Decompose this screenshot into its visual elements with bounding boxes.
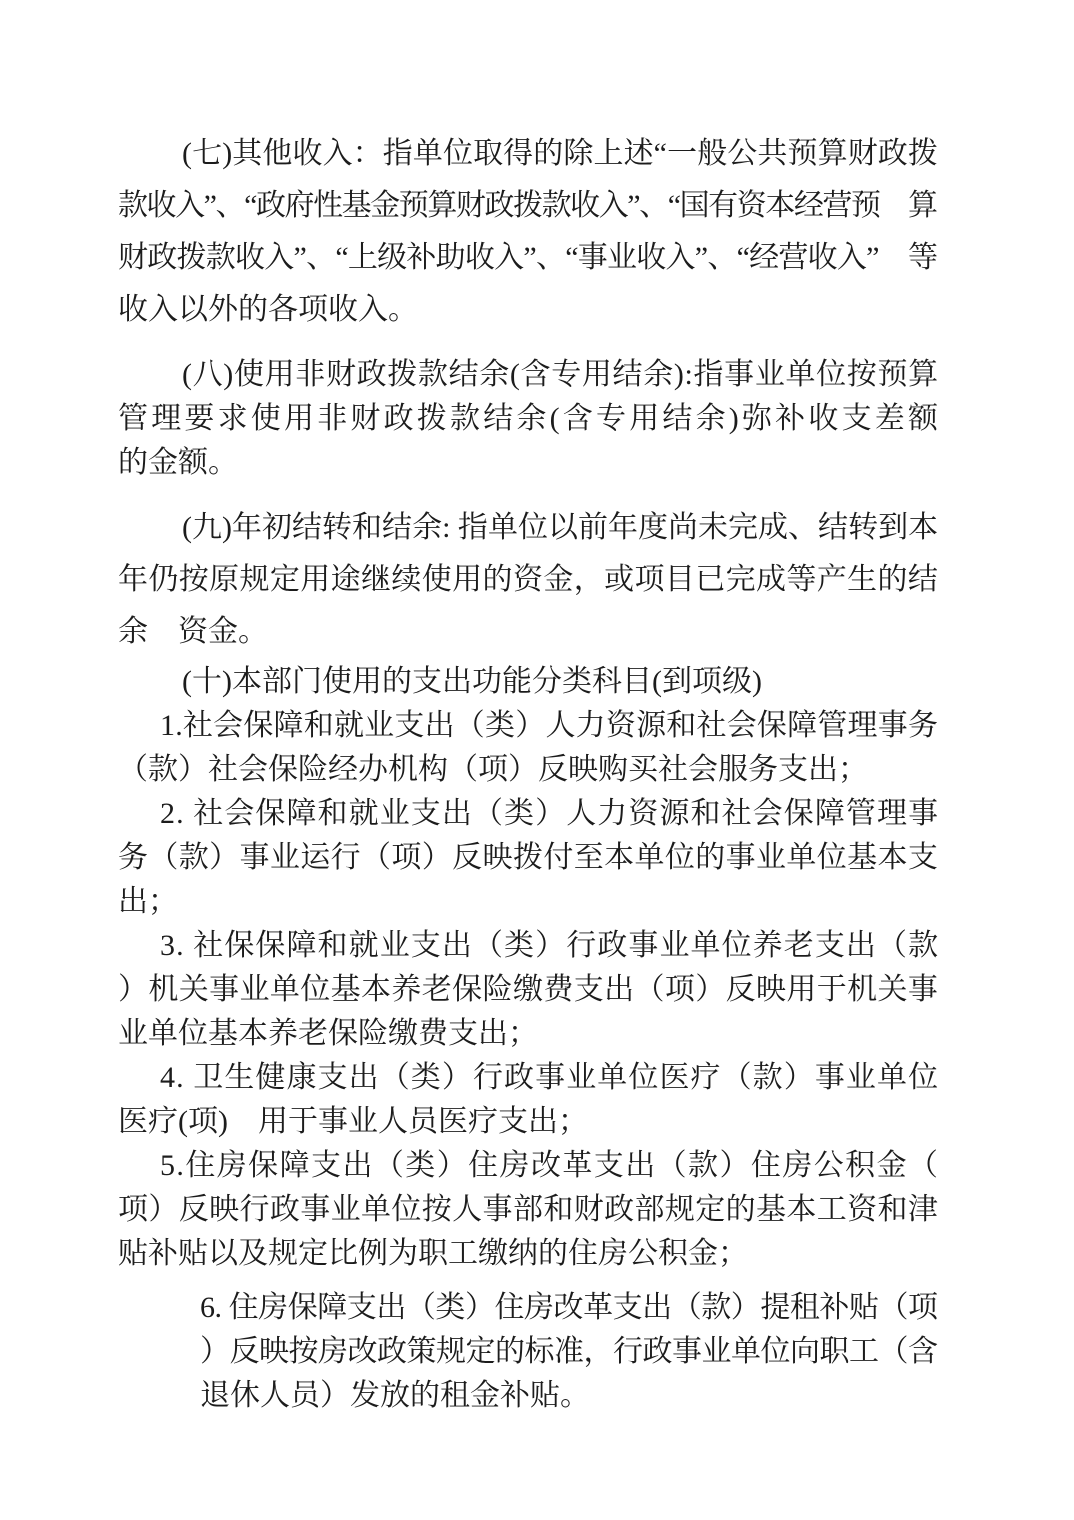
- text-line: 的金额。: [118, 441, 938, 485]
- text-line: 余 资金。: [118, 606, 938, 658]
- text-line: ）反映按房改政策规定的标准，行政事业单位向职工（含: [200, 1330, 938, 1374]
- text-line: 5.住房保障支出（类）住房改革支出（款）住房公积金（: [118, 1144, 938, 1188]
- item-3-pension-contribution: 3. 社保保障和就业支出（类）行政事业单位养老支出（款）机关事业单位基本养老保险…: [118, 924, 938, 1056]
- document-body: (七)其他收入：指单位取得的除上述“一般公共预算财政拨款收入”、“政府性基金预算…: [118, 128, 938, 1418]
- text-line: 管理要求使用非财政拨款结余(含专用结余)弥补收支差额: [118, 397, 938, 441]
- item-2-social-security-and-employment: 2. 社会保障和就业支出（类）人力资源和社会保障管理事务（款）事业运行（项）反映…: [118, 792, 938, 924]
- text-line: 务（款）事业运行（项）反映拨付至本单位的事业单位基本支: [118, 836, 938, 880]
- text-line: 2. 社会保障和就业支出（类）人力资源和社会保障管理事: [118, 792, 938, 836]
- text-line: ）机关事业单位基本养老保险缴费支出（项）反映用于机关事: [118, 968, 938, 1012]
- para-7-other-income: (七)其他收入：指单位取得的除上述“一般公共预算财政拨款收入”、“政府性基金预算…: [118, 128, 938, 336]
- document-page: (七)其他收入：指单位取得的除上述“一般公共预算财政拨款收入”、“政府性基金预算…: [0, 0, 1074, 1520]
- item-5-housing-provident-fund: 5.住房保障支出（类）住房改革支出（款）住房公积金（项）反映行政事业单位按人事部…: [118, 1144, 938, 1276]
- text-line: (九)年初结转和结余: 指单位以前年度尚未完成、结转到本: [118, 502, 938, 554]
- item-4-health: 4. 卫生健康支出（类）行政事业单位医疗（款）事业单位医疗(项) 用于事业人员医…: [118, 1056, 938, 1144]
- text-line: (十)本部门使用的支出功能分类科目(到项级): [118, 660, 938, 704]
- text-line: 年仍按原规定用途继续使用的资金，或项目已完成等产生的结: [118, 554, 938, 606]
- text-line: (七)其他收入：指单位取得的除上述“一般公共预算财政拨: [118, 128, 938, 180]
- text-line: 出；: [118, 880, 938, 924]
- item-6-rent-subsidy: 6. 住房保障支出（类）住房改革支出（款）提租补贴（项）反映按房改政策规定的标准…: [200, 1286, 938, 1418]
- text-line: （款）社会保险经办机构（项）反映购买社会服务支出；: [118, 748, 938, 792]
- text-line: 1.社会保障和就业支出（类）人力资源和社会保障管理事务: [118, 704, 938, 748]
- text-line: 财政拨款收入”、“上级补助收入”、“事业收入”、“经营收入” 等: [118, 232, 938, 284]
- text-line: 项）反映行政事业单位按人事部和财政部规定的基本工资和津: [118, 1188, 938, 1232]
- text-line: 6. 住房保障支出（类）住房改革支出（款）提租补贴（项: [200, 1286, 938, 1330]
- text-line: 业单位基本养老保险缴费支出；: [118, 1012, 938, 1056]
- text-line: 收入以外的各项收入。: [118, 284, 938, 336]
- text-line: (八)使用非财政拨款结余(含专用结余):指事业单位按预算: [118, 353, 938, 397]
- text-line: 款收入”、“政府性基金预算财政拨款收入”、“国有资本经营预 算: [118, 180, 938, 232]
- para-9-beginning-year-carryover: (九)年初结转和结余: 指单位以前年度尚未完成、结转到本年仍按原规定用途继续使用…: [118, 502, 938, 658]
- text-line: 4. 卫生健康支出（类）行政事业单位医疗（款）事业单位: [118, 1056, 938, 1100]
- text-line: 贴补贴以及规定比例为职工缴纳的住房公积金；: [118, 1232, 938, 1276]
- item-1-social-security-and-employment: 1.社会保障和就业支出（类）人力资源和社会保障管理事务（款）社会保险经办机构（项…: [118, 704, 938, 792]
- text-line: 医疗(项) 用于事业人员医疗支出；: [118, 1100, 938, 1144]
- para-8-use-of-non-fiscal-appropriation-balance: (八)使用非财政拨款结余(含专用结余):指事业单位按预算管理要求使用非财政拨款结…: [118, 353, 938, 485]
- para-10-expenditure-function-classification-heading: (十)本部门使用的支出功能分类科目(到项级): [118, 660, 938, 704]
- text-line: 退休人员）发放的租金补贴。: [200, 1374, 938, 1418]
- text-line: 3. 社保保障和就业支出（类）行政事业单位养老支出（款: [118, 924, 938, 968]
